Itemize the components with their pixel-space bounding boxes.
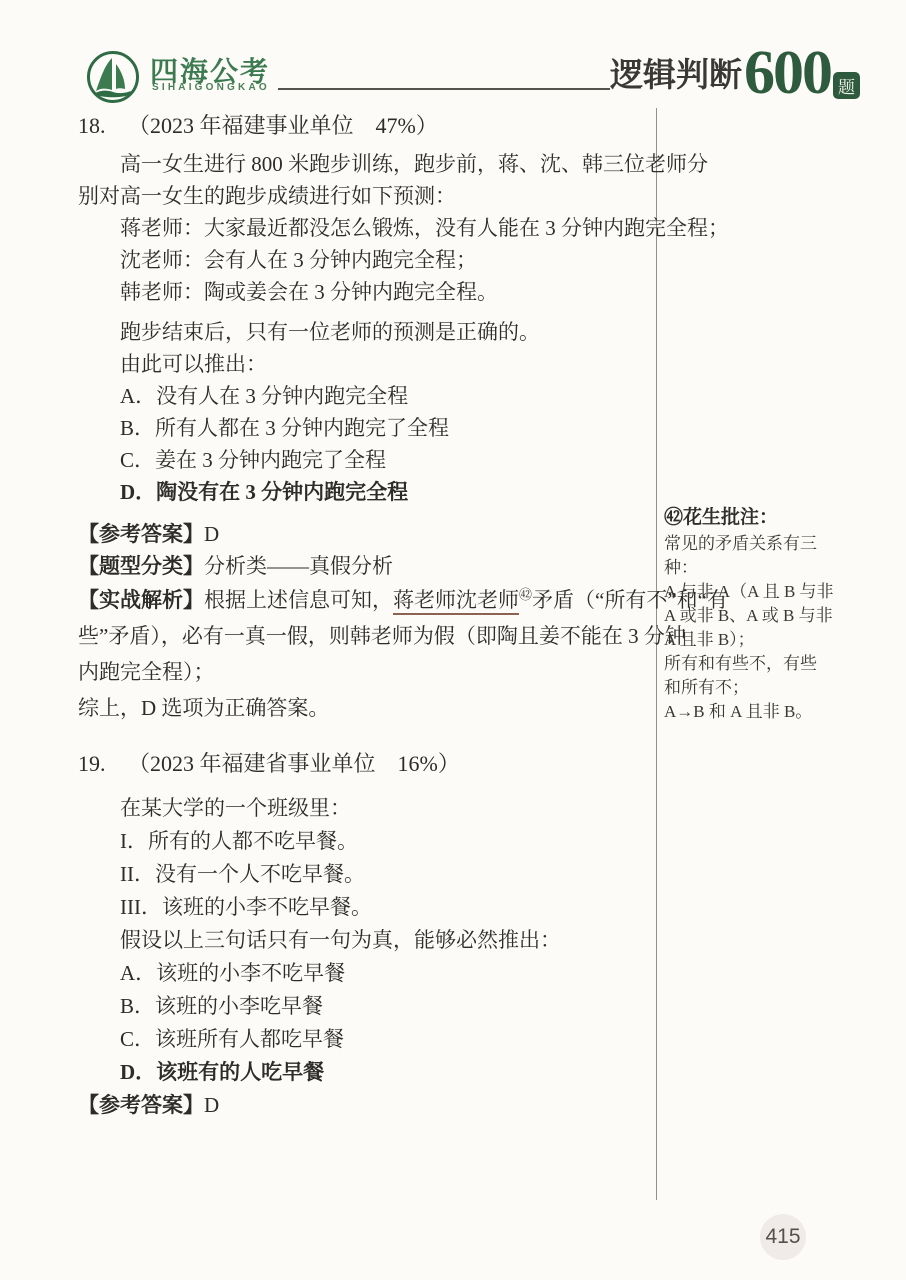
annotation-line: 种：	[664, 556, 890, 580]
q19-stem-line: I．所有的人都不吃早餐。	[78, 825, 650, 858]
annotation-line: A 且非 B）；	[664, 628, 890, 652]
q18-stem-line: 蒋老师：大家最近都没怎么锻炼，没有人能在 3 分钟内跑完全程；	[78, 212, 650, 244]
answer-label: 【参考答案】	[78, 1093, 204, 1117]
q18-analysis-line1: 【实战解析】根据上述信息可知，蒋老师沈老师㊷矛盾（“所有不”和“有	[78, 582, 650, 618]
q18-stem-line: 高一女生进行 800 米跑步训练，跑步前，蒋、沈、韩三位老师分	[78, 148, 650, 180]
brand-romanization: SIHAIGONGKAO	[152, 82, 270, 93]
answer-label: 【参考答案】	[78, 522, 204, 546]
annotation-line: 常见的矛盾关系有三	[664, 532, 890, 556]
q19-stem-line: III．该班的小李不吃早餐。	[78, 891, 650, 924]
q18-option-b: B．所有人都在 3 分钟内跑完了全程	[78, 412, 650, 444]
q18-type-value: 分析类——真假分析	[204, 554, 393, 578]
q18-stem-line: 跑步结束后，只有一位老师的预测是正确的。	[78, 316, 650, 348]
book-title-badge: 题	[833, 72, 860, 99]
q19-number: 19.	[78, 748, 128, 780]
analysis-text: 根据上述信息可知，	[204, 588, 393, 612]
q18-source: （2023 年福建事业单位 47%）	[128, 113, 438, 138]
q18-answer-line: 【参考答案】D	[78, 518, 650, 550]
book-title: 逻辑判断 600 题	[610, 48, 860, 99]
annotation-line: A→B 和 A 且非 B。	[664, 700, 890, 724]
book-title-number: 600	[744, 48, 831, 99]
margin-annotation: ㊷花生批注： 常见的矛盾关系有三 种： A 与非 A（A 且 B 与非 A 或非…	[664, 504, 890, 724]
q18-option-d: D．陶没有在 3 分钟内跑完全程	[78, 476, 650, 508]
book-page: 四海公考 SIHAIGONGKAO 逻辑判断 600 题 18.（2023 年福…	[0, 0, 906, 1280]
q19-stem-line: II．没有一个人不吃早餐。	[78, 858, 650, 891]
q18-option-c: C．姜在 3 分钟内跑完了全程	[78, 444, 650, 476]
analysis-label: 【实战解析】	[78, 588, 204, 612]
q18-answer-value: D	[204, 522, 219, 546]
q19-source: （2023 年福建省事业单位 16%）	[128, 751, 460, 776]
q18-analysis-line2: 些”矛盾），必有一真一假，则韩老师为假（即陶且姜不能在 3 分钟	[78, 618, 650, 654]
q18-stem-line: 沈老师：会有人在 3 分钟内跑完全程；	[78, 244, 650, 276]
annotation-line: A 或非 B、A 或 B 与非	[664, 604, 890, 628]
annotation-title: ㊷花生批注：	[664, 504, 890, 532]
q19-answer-value: D	[204, 1093, 219, 1117]
q18-analysis-line3: 内跑完全程）；	[78, 654, 650, 690]
q19-answer-line: 【参考答案】D	[78, 1089, 650, 1122]
annotation-line: 和所有不；	[664, 676, 890, 700]
margin-divider	[656, 108, 657, 1200]
analysis-underlined-text: 蒋老师沈老师	[393, 588, 519, 615]
annotation-line: A 与非 A（A 且 B 与非	[664, 580, 890, 604]
q18-analysis-line4: 综上，D 选项为正确答案。	[78, 690, 650, 726]
q19-stem-line: 在某大学的一个班级里：	[78, 792, 650, 825]
q18-stem-line: 由此可以推出：	[78, 348, 650, 380]
sailboat-logo-icon	[86, 50, 140, 104]
page-number-badge: 415	[760, 1214, 806, 1260]
page-number: 415	[765, 1225, 800, 1249]
q18-stem-line: 韩老师：陶或姜会在 3 分钟内跑完全程。	[78, 276, 650, 308]
q19-stem-line: 假设以上三句话只有一句为真，能够必然推出：	[78, 924, 650, 957]
header-rule	[278, 88, 610, 90]
q19-option-c: C．该班所有人都吃早餐	[78, 1023, 650, 1056]
q19-option-a: A．该班的小李不吃早餐	[78, 957, 650, 990]
main-content: 18.（2023 年福建事业单位 47%） 高一女生进行 800 米跑步训练，跑…	[78, 110, 650, 1122]
q18-stem-line: 别对高一女生的跑步成绩进行如下预测：	[78, 180, 650, 212]
annotation-ref-mark: ㊷	[519, 587, 532, 602]
annotation-line: 所有和有些不，有些	[664, 652, 890, 676]
type-label: 【题型分类】	[78, 554, 204, 578]
q19-option-d: D．该班有的人吃早餐	[78, 1056, 650, 1089]
q19-heading: 19.（2023 年福建省事业单位 16%）	[78, 748, 650, 780]
q18-heading: 18.（2023 年福建事业单位 47%）	[78, 110, 650, 142]
q18-type-line: 【题型分类】分析类——真假分析	[78, 550, 650, 582]
q19-option-b: B．该班的小李吃早餐	[78, 990, 650, 1023]
book-title-text: 逻辑判断	[610, 60, 742, 99]
q18-number: 18.	[78, 110, 128, 142]
q18-option-a: A．没有人在 3 分钟内跑完全程	[78, 380, 650, 412]
